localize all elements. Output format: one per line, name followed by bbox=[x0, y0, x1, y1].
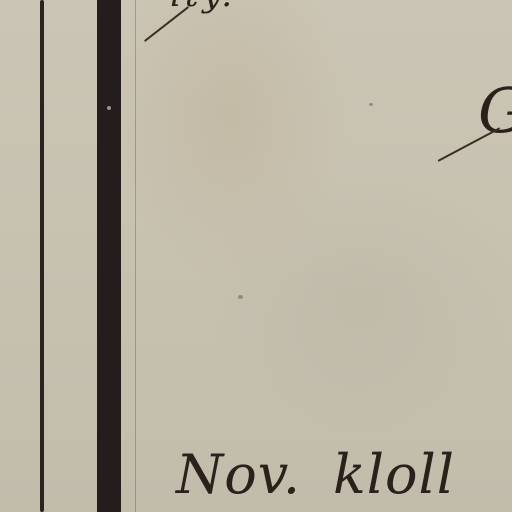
paper-speck bbox=[369, 103, 373, 106]
ruled-margin-line-faint bbox=[135, 0, 136, 512]
handwritten-word-nov: Nov. bbox=[176, 443, 301, 506]
ruled-margin-line-thin bbox=[40, 0, 44, 512]
handwritten-word-kloll: kloll bbox=[333, 443, 455, 506]
manuscript-paper bbox=[0, 0, 512, 512]
ruled-margin-line-thick bbox=[97, 0, 121, 512]
paper-speck bbox=[107, 106, 111, 110]
handwritten-top-fragment: ity. bbox=[170, 0, 236, 12]
handwritten-capital-letter: G bbox=[478, 80, 512, 142]
handwritten-bottom-line: Nov.kloll bbox=[176, 448, 455, 502]
paper-speck bbox=[238, 295, 243, 299]
